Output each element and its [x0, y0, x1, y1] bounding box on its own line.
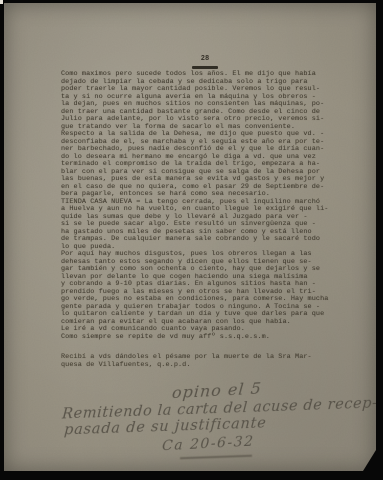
handwritten-date: Ca 20-6-32 [162, 434, 255, 455]
typed-letter-body: Como maximos pero sucede todos los años.… [61, 71, 353, 341]
scan-border: 28 Como maximos pero sucede todos los añ… [0, 0, 383, 480]
typed-postscript: Recibí a vds dándoles el pésame por la m… [61, 354, 353, 369]
handwritten-note-line1: opino el 5 [171, 379, 262, 403]
page-number: 28 [190, 55, 220, 63]
handwritten-date-underline [180, 455, 252, 459]
page-number-underline [192, 66, 218, 69]
scan-corner-notch [0, 0, 3, 4]
letter-page: 28 Como maximos pero sucede todos los añ… [4, 3, 376, 471]
